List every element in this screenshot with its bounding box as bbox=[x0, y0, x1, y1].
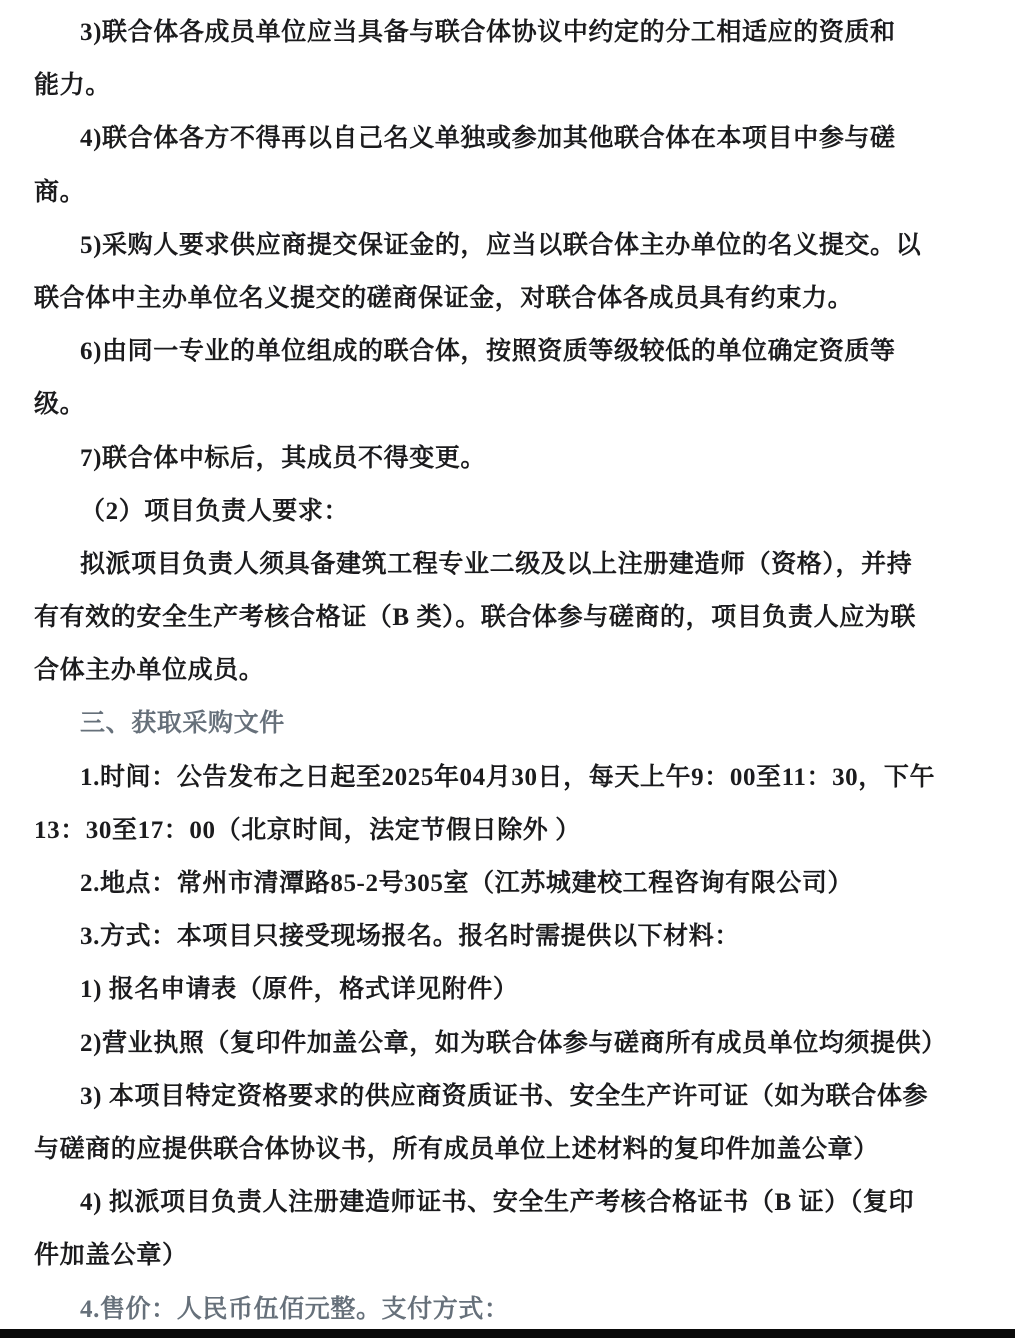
text-line: 级。 bbox=[34, 378, 997, 431]
text-line: 3) 本项目特定资格要求的供应商资质证书、安全生产许可证（如为联合体参 bbox=[34, 1070, 997, 1123]
text-line: 4)联合体各方不得再以自己名义单独或参加其他联合体在本项目中参与磋 bbox=[34, 112, 997, 165]
text-line: 13：30至17：00（北京时间，法定节假日除外 ） bbox=[34, 804, 997, 857]
text-line: 3.方式：本项目只接受现场报名。报名时需提供以下材料： bbox=[34, 910, 997, 963]
text-line: 合体主办单位成员。 bbox=[34, 644, 997, 697]
text-line: 4.售价：人民币伍佰元整。支付方式： bbox=[34, 1283, 997, 1336]
text-line: 2)营业执照（复印件加盖公章，如为联合体参与磋商所有成员单位均须提供） bbox=[34, 1017, 997, 1070]
text-line: 6)由同一专业的单位组成的联合体，按照资质等级较低的单位确定资质等 bbox=[34, 325, 997, 378]
text-line: 2.地点：常州市清潭路85-2号305室（江苏城建校工程咨询有限公司） bbox=[34, 857, 997, 910]
text-line: （2）项目负责人要求： bbox=[34, 485, 997, 538]
text-line: 件加盖公章） bbox=[34, 1229, 997, 1282]
document-page: 3)联合体各成员单位应当具备与联合体协议中约定的分工相适应的资质和能力。4)联合… bbox=[0, 0, 1015, 1340]
text-line: 有有效的安全生产考核合格证（B 类）。联合体参与磋商的，项目负责人应为联 bbox=[34, 591, 997, 644]
text-line: 7)联合体中标后，其成员不得变更。 bbox=[34, 432, 997, 485]
text-line: 5)采购人要求供应商提交保证金的，应当以联合体主办单位的名义提交。以 bbox=[34, 219, 997, 272]
text-block: 3)联合体各成员单位应当具备与联合体协议中约定的分工相适应的资质和能力。4)联合… bbox=[34, 6, 997, 1336]
text-line: 能力。 bbox=[34, 59, 997, 112]
text-line: 拟派项目负责人须具备建筑工程专业二级及以上注册建造师（资格），并持 bbox=[34, 538, 997, 591]
text-line: 商。 bbox=[34, 166, 997, 219]
text-line: 三、获取采购文件 bbox=[34, 697, 997, 750]
text-line: 3)联合体各成员单位应当具备与联合体协议中约定的分工相适应的资质和 bbox=[34, 6, 997, 59]
text-line: 4) 拟派项目负责人注册建造师证书、安全生产考核合格证书（B 证）（复印 bbox=[34, 1176, 997, 1229]
text-line: 1.时间：公告发布之日起至2025年04月30日，每天上午9：00至11：30，… bbox=[34, 751, 997, 804]
text-line: 与磋商的应提供联合体协议书，所有成员单位上述材料的复印件加盖公章） bbox=[34, 1123, 997, 1176]
text-line: 1) 报名申请表（原件，格式详见附件） bbox=[34, 963, 997, 1016]
text-line: 联合体中主办单位名义提交的磋商保证金，对联合体各成员具有约束力。 bbox=[34, 272, 997, 325]
page-bottom-border bbox=[0, 1329, 1015, 1338]
